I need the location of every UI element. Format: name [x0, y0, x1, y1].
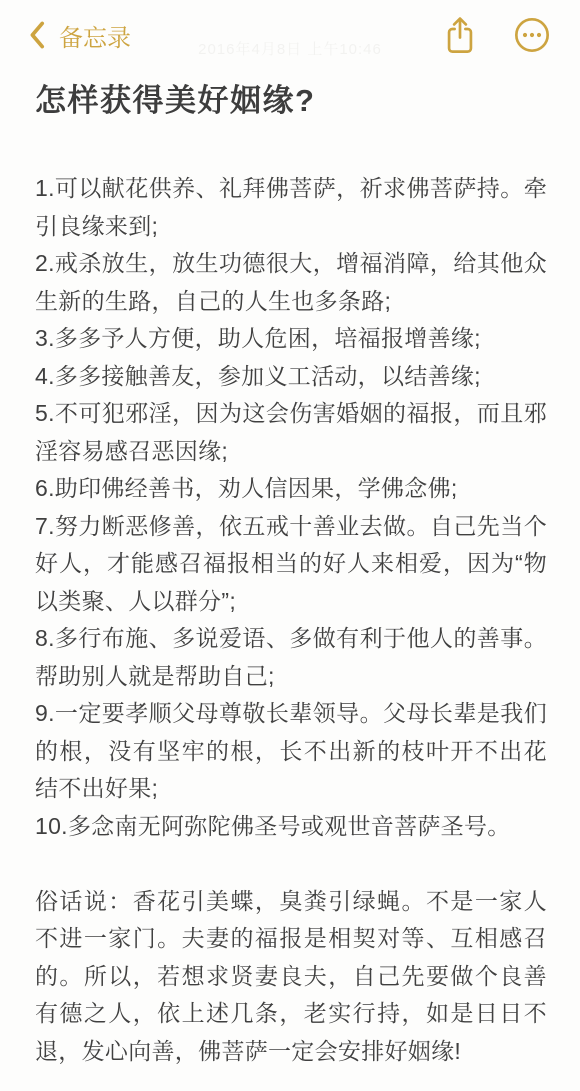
note-paragraph-2: 2.戒杀放生，放生功德很大，增福消障，给其他众生新的生路，自己的人生也多条路;	[35, 245, 547, 320]
note-paragraph-5: 5.不可犯邪淫，因为这会伤害婚姻的福报，而且邪淫容易感召恶因缘;	[35, 395, 547, 470]
more-button[interactable]	[512, 15, 552, 55]
note-paragraph-7: 7.努力断恶修善，依五戒十善业去做。自己先当个好人，才能感召福报相当的好人来相爱…	[35, 508, 547, 621]
note-paragraph-9: 9.一定要孝顺父母尊敬长辈领导。父母长辈是我们的根，没有坚牢的根，长不出新的枝叶…	[35, 695, 547, 808]
ellipsis-circle-icon	[512, 15, 552, 55]
note-paragraph-1: 1.可以献花供养、礼拜佛菩萨，祈求佛菩萨持。牵引良缘来到;	[35, 170, 547, 245]
note-paragraph-6: 6.助印佛经善书，劝人信因果，学佛念佛;	[35, 470, 547, 508]
note-closing-paragraph: 俗话说：香花引美蝶，臭粪引绿蝇。不是一家人不进一家门。夫妻的福报是相契对等、互相…	[35, 883, 547, 1071]
nav-actions	[441, 14, 552, 56]
note-body: 1.可以献花供养、礼拜佛菩萨，祈求佛菩萨持。牵引良缘来到; 2.戒杀放生，放生功…	[35, 170, 547, 1070]
chevron-left-icon	[24, 20, 50, 50]
note-paragraph-4: 4.多多接触善友，参加义工活动，以结善缘;	[35, 358, 547, 396]
back-button-label: 备忘录	[59, 18, 131, 53]
nav-bar: 备忘录	[0, 0, 580, 58]
note-paragraph-8: 8.多行布施、多说爱语、多做有利于他人的善事。帮助别人就是帮助自己;	[35, 620, 547, 695]
back-button[interactable]: 备忘录	[24, 18, 131, 53]
note-content[interactable]: 怎样获得美好姻缘? 1.可以献花供养、礼拜佛菩萨，祈求佛菩萨持。牵引良缘来到; …	[0, 58, 580, 1070]
note-paragraph-3: 3.多多予人方便，助人危困，培福报增善缘;	[35, 320, 547, 358]
notes-app-screen: 备忘录	[0, 0, 580, 1091]
share-button[interactable]	[441, 14, 479, 56]
note-title: 怎样获得美好姻缘?	[35, 82, 547, 120]
note-paragraph-10: 10.多念南无阿弥陀佛圣号或观世音菩萨圣号。	[35, 808, 547, 846]
share-icon	[441, 14, 479, 56]
